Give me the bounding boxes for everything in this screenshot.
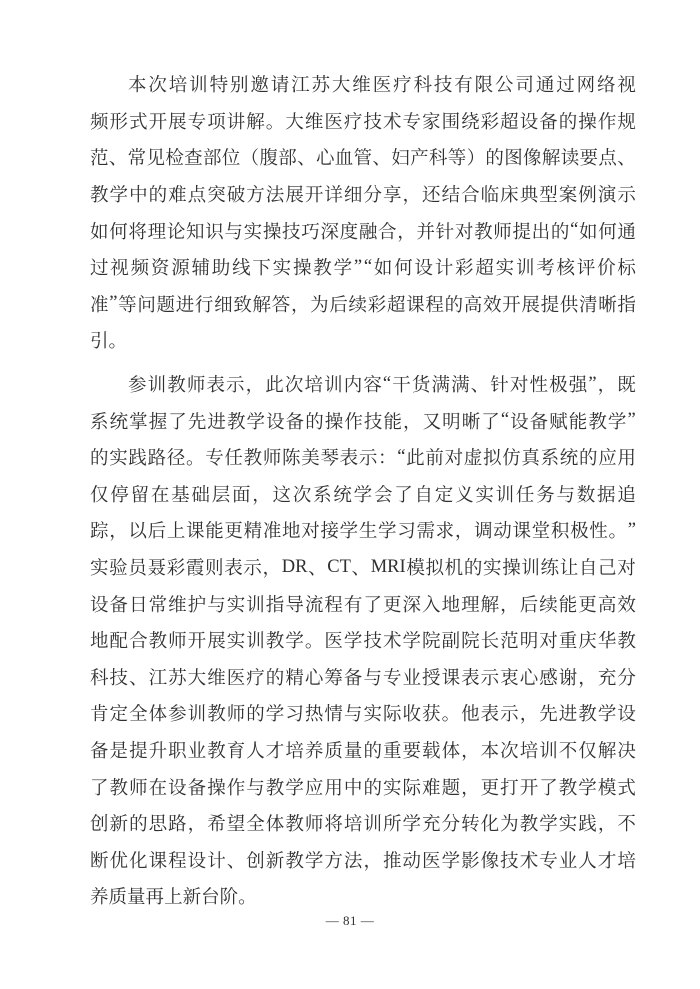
text-line: 设备日常维护与实训指导流程有了更深入地理解，后续能更高效 <box>90 585 636 622</box>
text-line: 断优化课程设计、创新教学方法，推动医学影像技术专业人才培 <box>90 841 636 878</box>
text-line: 范、常见检查部位（腹部、心血管、妇产科等）的图像解读要点、 <box>90 139 636 176</box>
text-line: 踪，以后上课能更精准地对接学生学习需求，调动课堂积极性。” <box>90 512 636 549</box>
text-line: 引。 <box>90 322 636 359</box>
text-line: 备是提升职业教育人才培养质量的重要载体，本次培训不仅解决 <box>90 732 636 769</box>
text-line: 系统掌握了先进教学设备的操作技能，又明晰了“设备赋能教学” <box>90 402 636 439</box>
body-text: 本次培训特别邀请江苏大维医疗科技有限公司通过网络视频形式开展专项讲解。大维医疗技… <box>90 66 636 915</box>
page-number: — 81 — <box>0 913 700 929</box>
text-line: 创新的思路，希望全体教师将培训所学充分转化为教学实践，不 <box>90 805 636 842</box>
text-line: 仅停留在基础层面，这次系统学会了自定义实训任务与数据追 <box>90 476 636 513</box>
text-line: 科技、江苏大维医疗的精心筹备与专业授课表示衷心感谢，充分 <box>90 659 636 696</box>
document-page: 本次培训特别邀请江苏大维医疗科技有限公司通过网络视频形式开展专项讲解。大维医疗技… <box>0 0 700 989</box>
text-line: 本次培训特别邀请江苏大维医疗科技有限公司通过网络视 <box>90 66 636 103</box>
paragraph-2: 参训教师表示，此次培训内容“干货满满、针对性极强”，既系统掌握了先进教学设备的操… <box>90 366 636 915</box>
text-line: 参训教师表示，此次培训内容“干货满满、针对性极强”，既 <box>90 366 636 403</box>
text-line: 养质量再上新台阶。 <box>90 878 636 915</box>
text-line: 的实践路径。专任教师陈美琴表示：“此前对虚拟仿真系统的应用 <box>90 439 636 476</box>
text-line: 过视频资源辅助线下实操教学”“如何设计彩超实训考核评价标 <box>90 249 636 286</box>
paragraph-1: 本次培训特别邀请江苏大维医疗科技有限公司通过网络视频形式开展专项讲解。大维医疗技… <box>90 66 636 359</box>
text-line: 了教师在设备操作与教学应用中的实际难题，更打开了教学模式 <box>90 768 636 805</box>
text-line: 频形式开展专项讲解。大维医疗技术专家围绕彩超设备的操作规 <box>90 103 636 140</box>
text-line: 教学中的难点突破方法展开详细分享，还结合临床典型案例演示 <box>90 176 636 213</box>
text-line: 实验员聂彩霞则表示，DR、CT、MRI模拟机的实操训练让自己对 <box>90 549 636 586</box>
text-line: 地配合教师开展实训教学。医学技术学院副院长范明对重庆华教 <box>90 622 636 659</box>
text-line: 如何将理论知识与实操技巧深度融合，并针对教师提出的“如何通 <box>90 212 636 249</box>
text-line: 准”等问题进行细致解答，为后续彩超课程的高效开展提供清晰指 <box>90 286 636 323</box>
text-line: 肯定全体参训教师的学习热情与实际收获。他表示，先进教学设 <box>90 695 636 732</box>
